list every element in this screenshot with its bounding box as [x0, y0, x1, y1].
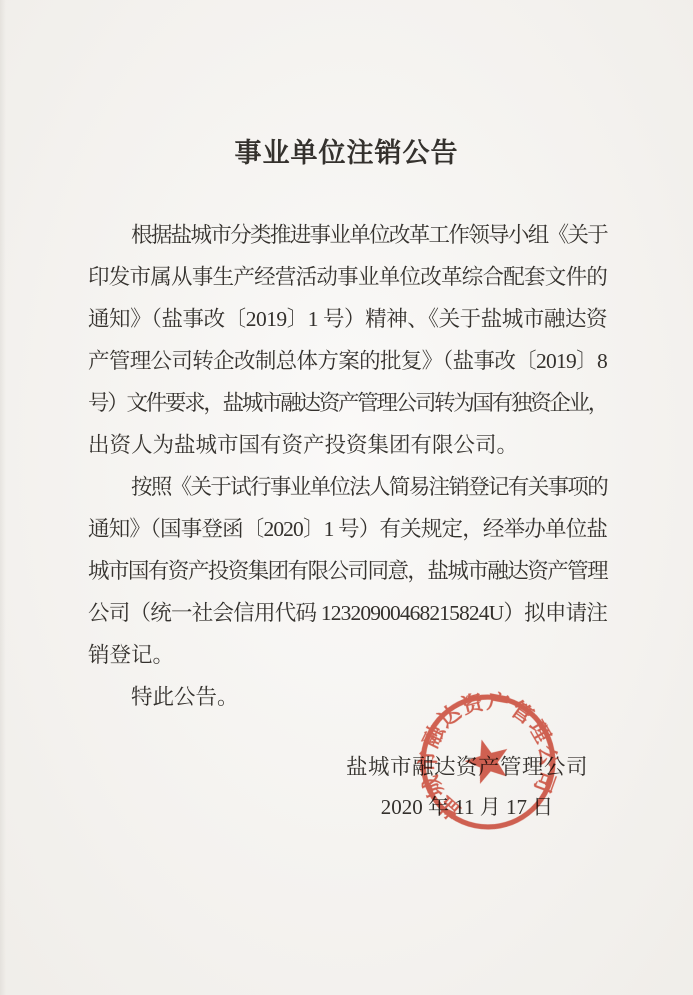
body-line: 号）文件要求，盐城市融达资产管理公司转为国有独资企业， [88, 382, 607, 424]
paragraph: 按照《关于试行事业单位法人简易注销登记有关事项的通知》（国事登函〔2020〕1 … [88, 466, 607, 676]
body-line: 销登记。 [88, 634, 607, 676]
body-line: 产管理公司转企改制总体方案的批复》（盐事改〔2019〕8 [88, 340, 607, 382]
signature-company-name: 盐城市融达资产管理公司 [340, 752, 594, 782]
document-page: { "page": { "background_color": "#f4f2ef… [0, 0, 693, 995]
body-line: 印发市属从事生产经营活动事业单位改革综合配套文件的 [88, 256, 607, 298]
body-line: 按照《关于试行事业单位法人简易注销登记有关事项的 [88, 466, 607, 508]
paragraph: 特此公告。 [88, 676, 607, 718]
body-line: 公司（统一社会信用代码 12320900468215824U）拟申请注 [88, 592, 607, 634]
paragraph: 根据盐城市分类推进事业单位改革工作领导小组《关于印发市属从事生产经营活动事业单位… [88, 214, 607, 466]
document-body: 根据盐城市分类推进事业单位改革工作领导小组《关于印发市属从事生产经营活动事业单位… [88, 214, 607, 718]
signature-block: 盐城市融达资产管理公司 2020 年 11 月 17 日 [340, 752, 594, 822]
body-line: 通知》（国事登函〔2020〕1 号）有关规定，经举办单位盐 [88, 508, 607, 550]
body-line: 出资人为盐城市国有资产投资集团有限公司。 [88, 424, 607, 466]
document-title: 事业单位注销公告 [0, 131, 693, 170]
signature-date: 2020 年 11 月 17 日 [340, 792, 594, 822]
body-line: 通知》（盐事改〔2019〕1 号）精神、《关于盐城市融达资 [88, 298, 607, 340]
body-line: 特此公告。 [88, 676, 607, 718]
body-line: 根据盐城市分类推进事业单位改革工作领导小组《关于 [88, 214, 607, 256]
body-line: 城市国有资产投资集团有限公司同意，盐城市融达资产管理 [88, 550, 607, 592]
